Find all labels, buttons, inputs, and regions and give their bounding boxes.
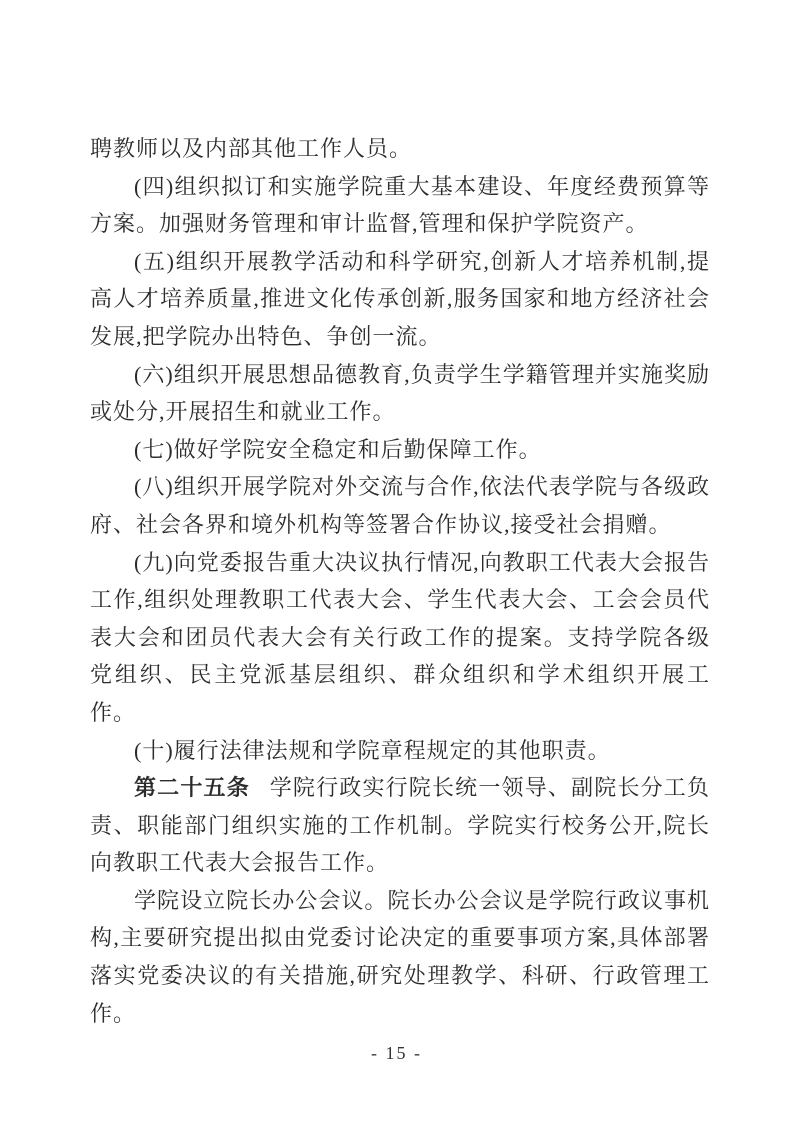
document-page: 聘教师以及内部其他工作人员。 (四)组织拟订和实施学院重大基本建设、年度经费预算…	[0, 0, 793, 1121]
paragraph-clause-7: (七)做好学院安全稳定和后勤保障工作。	[90, 431, 710, 469]
paragraph-clause-5: (五)组织开展教学活动和科学研究,创新人才培养机制,提高人才培养质量,推进文化传…	[90, 243, 710, 356]
paragraph-clause-8: (八)组织开展学院对外交流与合作,依法代表学院与各级政府、社会各界和境外机构等签…	[90, 468, 710, 543]
paragraph-clause-4: (四)组织拟订和实施学院重大基本建设、年度经费预算等方案。加强财务管理和审计监督…	[90, 168, 710, 243]
paragraph-clause-6: (六)组织开展思想品德教育,负责学生学籍管理并实施奖励或处分,开展招生和就业工作…	[90, 356, 710, 431]
paragraph-clause-10: (十)履行法律法规和学院章程规定的其他职责。	[90, 732, 710, 770]
paragraph-president-meeting: 学院设立院长办公会议。院长办公会议是学院行政议事机构,主要研究提出拟由党委讨论决…	[90, 882, 710, 1032]
paragraph-clause-9: (九)向党委报告重大决议执行情况,向教职工代表大会报告工作,组织处理教职工代表大…	[90, 544, 710, 732]
paragraph-continuation: 聘教师以及内部其他工作人员。	[90, 130, 710, 168]
article-25-number: 第二十五条	[134, 775, 250, 800]
paragraph-article-25: 第二十五条学院行政实行院长统一领导、副院长分工负责、职能部门组织实施的工作机制。…	[90, 769, 710, 882]
page-number: - 15 -	[0, 1040, 793, 1066]
document-body: 聘教师以及内部其他工作人员。 (四)组织拟订和实施学院重大基本建设、年度经费预算…	[90, 130, 710, 1032]
